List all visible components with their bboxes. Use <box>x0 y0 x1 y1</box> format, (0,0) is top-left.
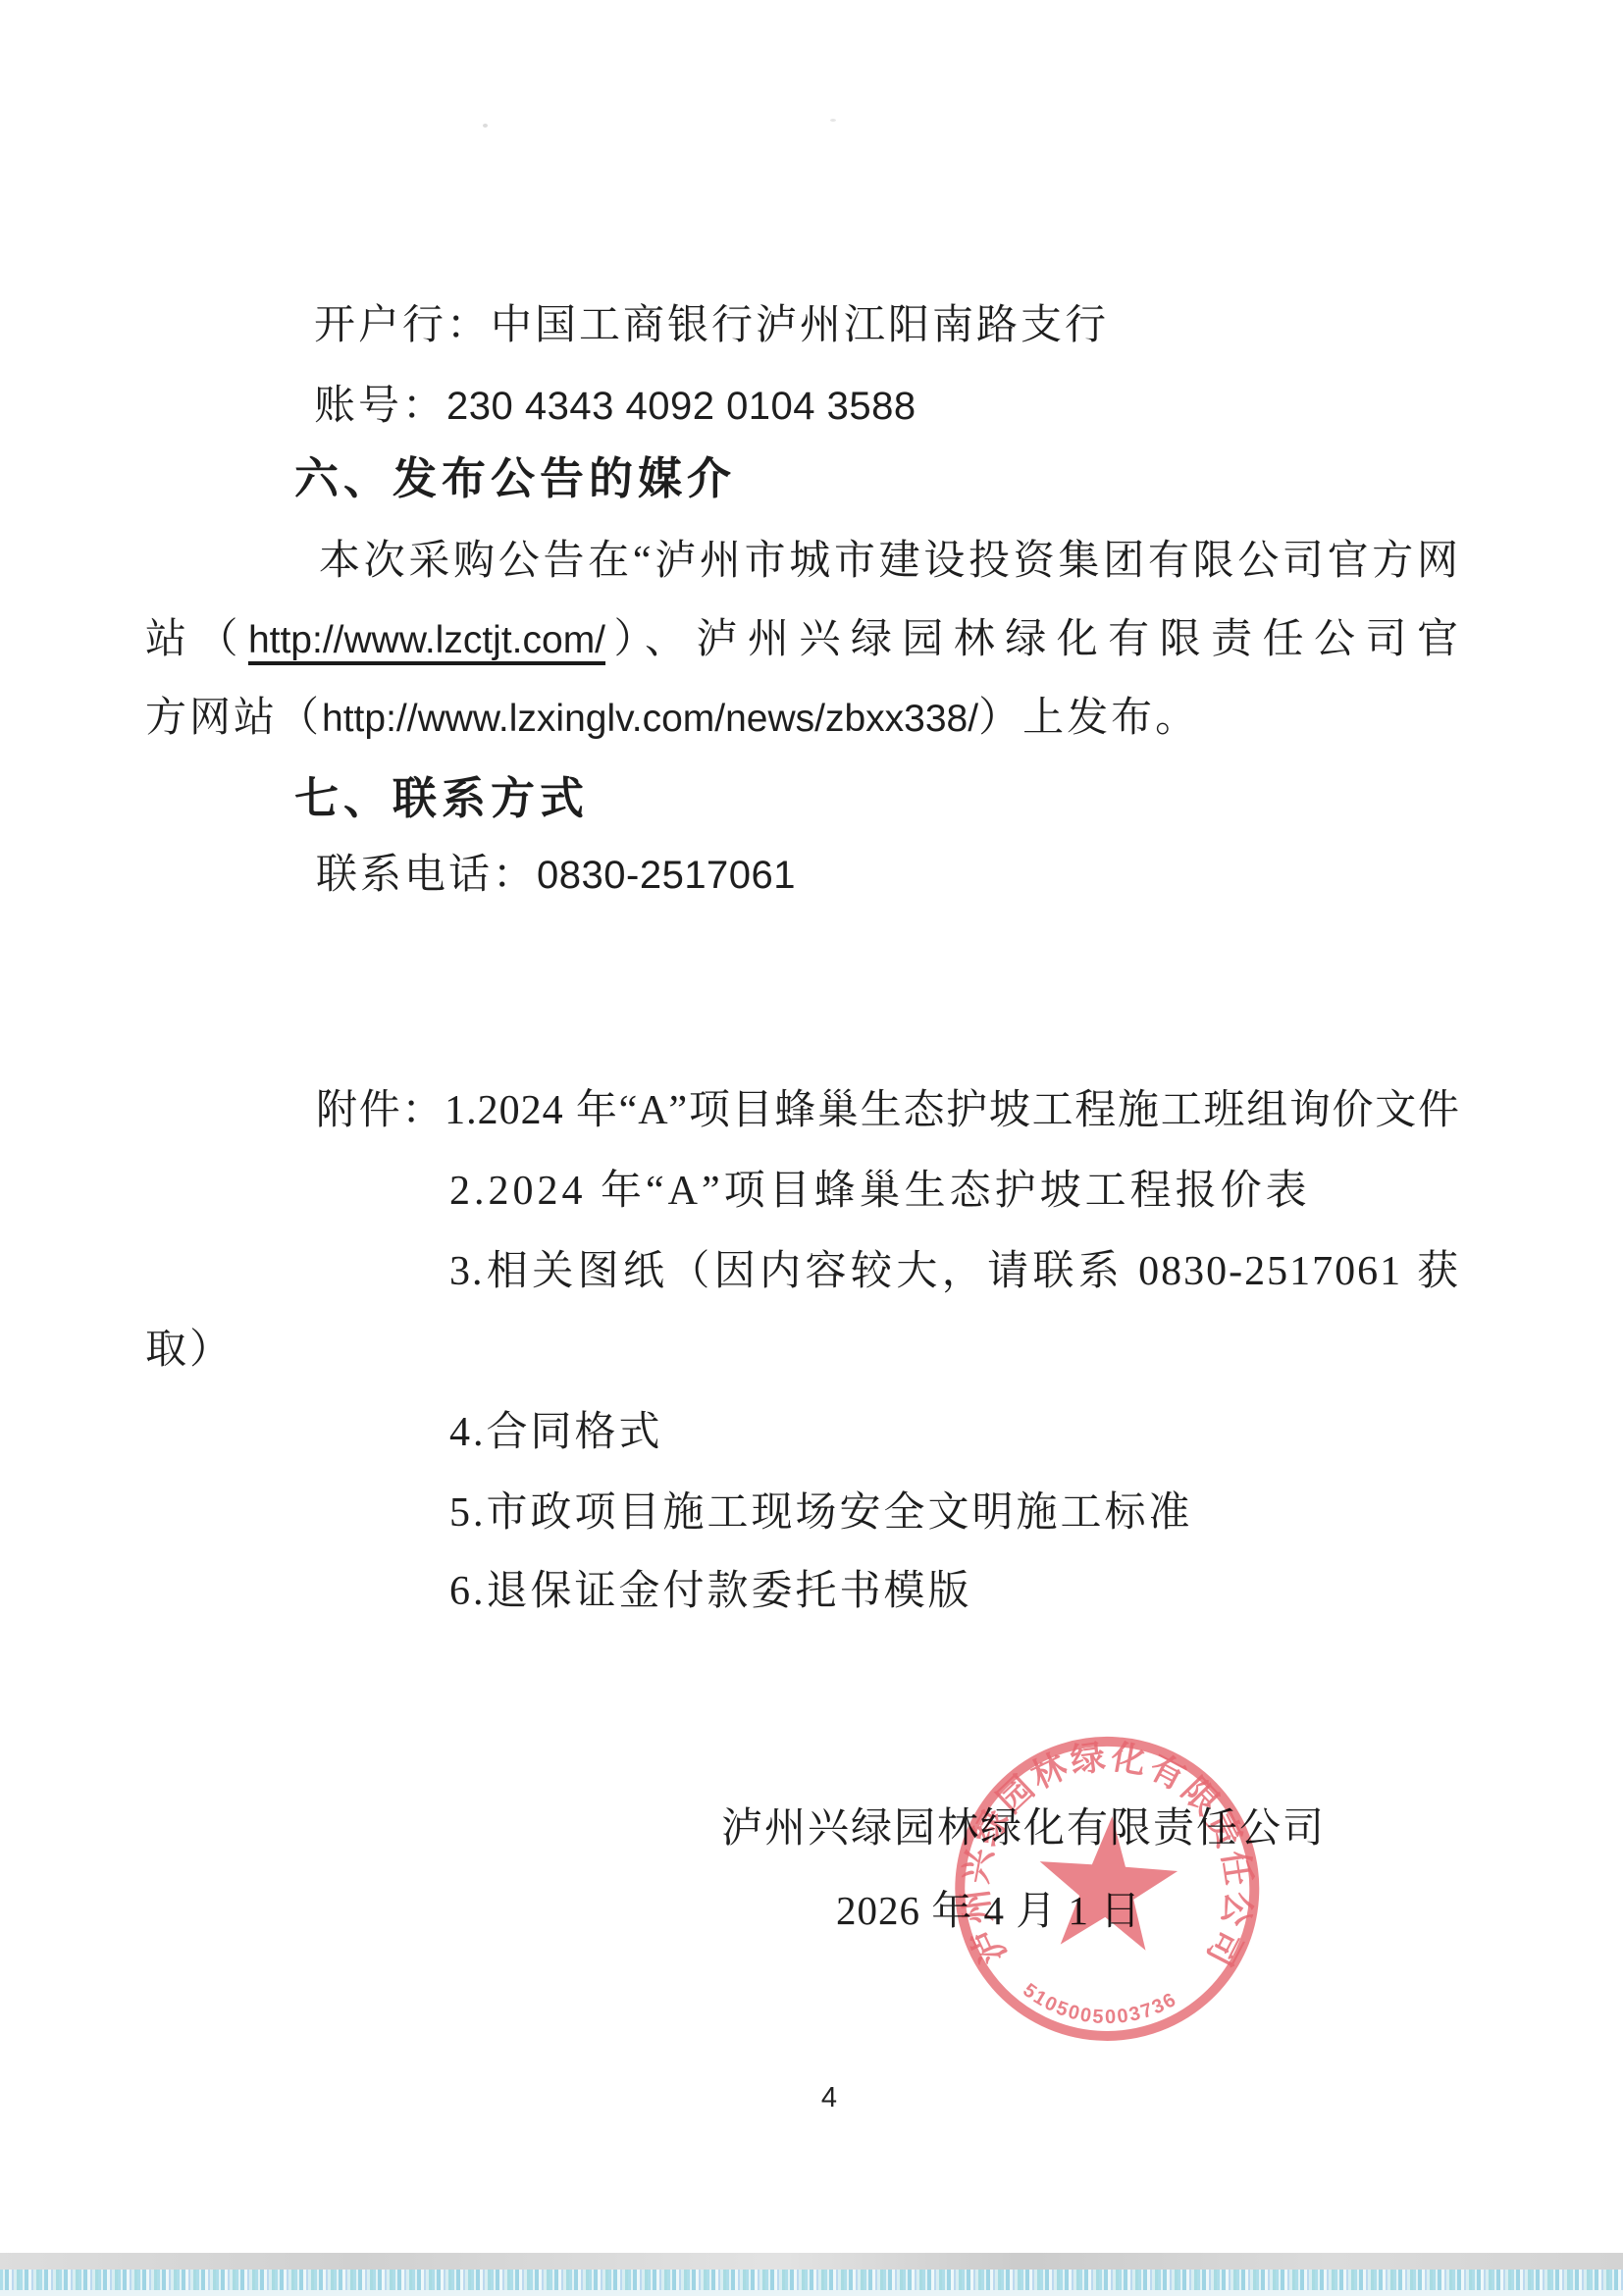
attachments-label: 附件： <box>316 1088 445 1133</box>
attachment-item-3-wrap: 取） <box>145 1325 234 1377</box>
bank-label: 开户行： <box>314 303 491 348</box>
section6-heading: 六、发布公告的媒介 <box>294 451 736 506</box>
attachment-item-4: 4.合同格式 <box>449 1407 663 1459</box>
media-line2-suffix: ）、泸州兴绿园林绿化有限责任公司官 <box>605 617 1460 662</box>
attachment-item-3: 3.相关图纸（因内容较大，请联系 0830-2517061 获 <box>449 1246 1460 1298</box>
media-paragraph-line1: 本次采购公告在“泸州市城市建设投资集团有限公司官方网 <box>319 536 1460 588</box>
media-line3-suffix: ）上发布。 <box>978 696 1199 741</box>
section7-heading: 七、联系方式 <box>294 771 589 826</box>
page-number: 4 <box>775 2082 883 2114</box>
seal-star-icon <box>1034 1811 1181 1952</box>
scan-edge-gray-band <box>0 2253 1623 2270</box>
account-number: 230 4343 4092 0104 3588 <box>446 385 916 428</box>
media-url-lzxinglv: http://www.lzxinglv.com/news/zbxx338/ <box>322 698 978 740</box>
scan-edge-foot-band <box>0 2290 1623 2296</box>
attachment-item-5: 5.市政项目施工现场安全文明施工标准 <box>449 1487 1193 1539</box>
account-label: 账号： <box>314 384 446 429</box>
scan-speck <box>830 119 836 122</box>
media-url-lzctjt: http://www.lzctjt.com/ <box>248 619 605 661</box>
company-seal: 泸州兴绿园林绿化有限责任公司 5105005003736 <box>903 1688 1313 2098</box>
attachment-item-2: 2.2024 年“A”项目蜂巢生态护坡工程报价表 <box>449 1166 1311 1218</box>
media-line3-prefix: 方网站（ <box>145 696 322 741</box>
media-line2-prefix: 站（ <box>145 617 248 662</box>
scan-edge-cyan-band <box>0 2270 1623 2290</box>
attachment-line-1: 附件：1.2024 年“A”项目蜂巢生态护坡工程施工班组询价文件 <box>316 1085 1460 1137</box>
bank-value: 中国工商银行泸州江阳南路支行 <box>491 303 1109 348</box>
bank-line: 开户行：中国工商银行泸州江阳南路支行 <box>314 300 1109 352</box>
contact-line: 联系电话：0830-2517061 <box>316 850 796 902</box>
document-page: 开户行：中国工商银行泸州江阳南路支行 账号：230 4343 4092 0104… <box>0 0 1623 2296</box>
attachment-item-6: 6.退保证金付款委托书模版 <box>449 1566 972 1618</box>
media-paragraph-line3: 方网站（http://www.lzxinglv.com/news/zbxx338… <box>145 693 1199 745</box>
contact-label: 联系电话： <box>316 853 537 898</box>
attachment-item-1: 1.2024 年“A”项目蜂巢生态护坡工程施工班组询价文件 <box>445 1088 1460 1133</box>
scan-speck <box>483 124 488 128</box>
media-paragraph-line2: 站（http://www.lzctjt.com/）、泸州兴绿园林绿化有限责任公司… <box>145 614 1460 666</box>
contact-phone: 0830-2517061 <box>537 854 796 897</box>
account-line: 账号：230 4343 4092 0104 3588 <box>314 381 916 433</box>
